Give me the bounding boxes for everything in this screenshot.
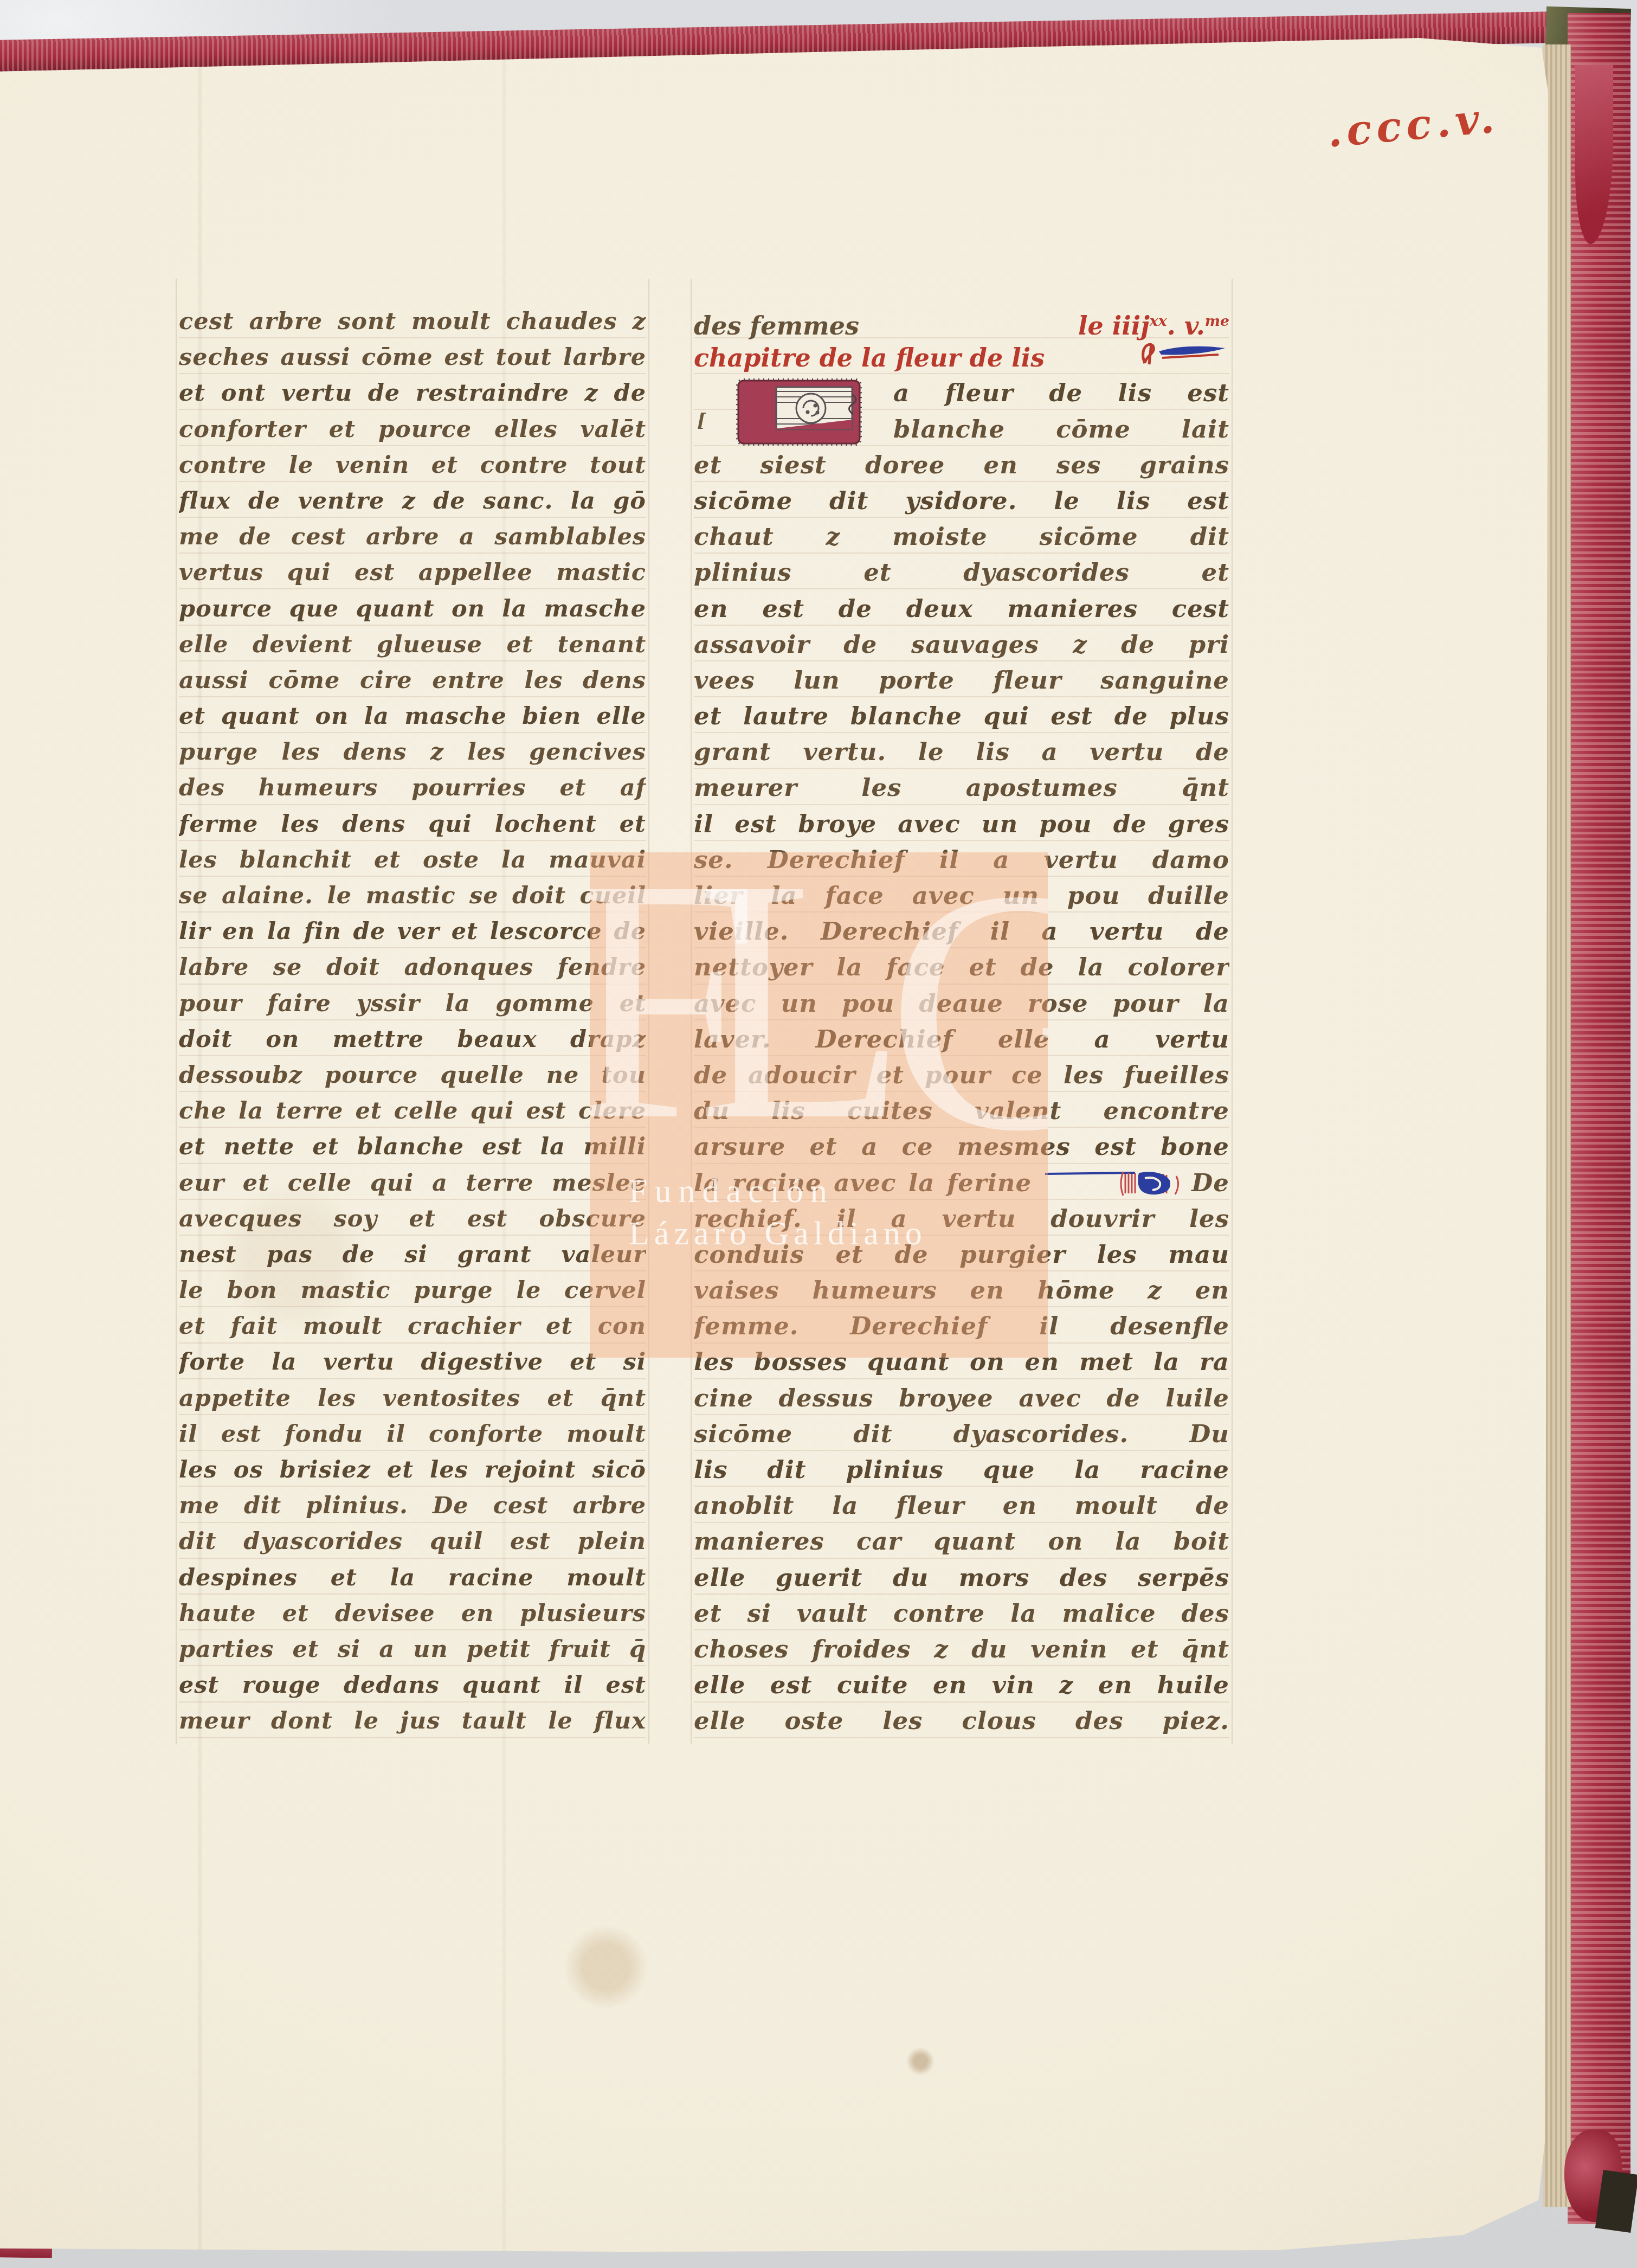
text-line: assavoir de sauvages z de pri (694, 627, 1229, 663)
text-line: aussi cōme cire entre les dens (179, 663, 646, 698)
text-line: contre le venin et contre tout (179, 447, 646, 483)
decorated-initial-L: L (736, 378, 862, 446)
text-line: le bon mastic purge le cervel (179, 1273, 646, 1308)
text-line: a fleur de lis est (893, 375, 1229, 411)
text-line: purge les dens z les gencives (179, 734, 646, 770)
text-line: il est broye avec un pou de gres (694, 806, 1229, 842)
text-line: et ont vertu de restraindre z de (179, 375, 646, 411)
text-line: me de cest arbre a samblables (179, 519, 646, 555)
text-line: chaut z moiste sicōme dit (694, 519, 1229, 555)
manuscript-photo: .ccc.v. cest arbre sont moult chaudes zs… (0, 0, 1637, 2268)
text-line: pour faire yssir la gomme et (179, 986, 646, 1021)
text-line: che la terre et celle qui est clere (179, 1093, 646, 1129)
text-line: me dit plinius. De cest arbre (179, 1488, 646, 1524)
text-line: et si vault contre la malice des (694, 1596, 1229, 1631)
text-line: meurer les apostumes q̄nt (694, 770, 1229, 806)
text-line: sicōme dit dyascorides. Du (694, 1416, 1229, 1452)
text-line: et nette et blanche est la milli (179, 1129, 646, 1165)
text-line: anoblit la fleur en moult de (694, 1488, 1229, 1524)
text-line: forte la vertu digestive et si (179, 1344, 646, 1380)
text-line: cest arbre sont moult chaudes z (179, 304, 646, 339)
watermark-text-line1: Fundación (629, 1172, 834, 1211)
text-line: en est de deux manieres cest (694, 591, 1229, 627)
folio-number: .ccc.v. (1325, 93, 1501, 156)
text-line: lir en la fin de ver et lescorce de (179, 914, 646, 949)
watermark-overlay: F L G (590, 852, 1048, 1358)
text-line: elle est cuite en vin z en huile (694, 1667, 1229, 1703)
text-line: elle guerit du mors des serpēs (694, 1560, 1229, 1596)
text-line: et lautre blanche qui est de plus (694, 698, 1229, 734)
line-filler-icon (1137, 339, 1229, 367)
text-line: grant vertu. le lis a vertu de (694, 734, 1229, 770)
board-corner-edge-bottom (1595, 2170, 1637, 2233)
text-line: doit on mettre beaux drapz (179, 1021, 646, 1057)
watermark-letter-g: G (887, 852, 1048, 1184)
text-line: est rouge dedans quant il est (179, 1667, 646, 1703)
initial-letter-value: L (736, 378, 737, 380)
text-line: se alaine. le mastic se doit cueil (179, 878, 646, 914)
text-line: cine dessus broyee avec de luile (694, 1380, 1229, 1416)
text-line: flux de ventre z de sanc. la gō (179, 483, 646, 519)
chapter-number-sup: xx (1150, 313, 1167, 330)
text-line: elle devient glueuse et tenant (179, 627, 646, 663)
text-line: sicōme dit ysidore. le lis est (694, 483, 1229, 519)
text-line: manieres car quant on la boit (694, 1524, 1229, 1559)
text-line: labre se doit adonques fendre (179, 949, 646, 985)
text-line: choses froides z du venin et q̄nt (694, 1631, 1229, 1667)
text-line: appetite les ventosites et q̄nt (179, 1380, 646, 1416)
text-line: et fait moult crachier et con (179, 1308, 646, 1344)
text-line: seches aussi cōme est tout larbre (179, 339, 646, 375)
text-line: et siest doree en ses grains (694, 447, 1229, 483)
guide-letter-mark: [ (697, 410, 706, 432)
text-line: lis dit plinius que la racine (694, 1452, 1229, 1488)
text-line: les os brisiez et les rejoint sicō (179, 1452, 646, 1488)
text-line: ferme les dens qui lochent et (179, 806, 646, 842)
text-line: elle oste les clous des piez. (694, 1703, 1229, 1739)
text-line: haute et devisee en plusieurs (179, 1596, 646, 1631)
rubric-line-2: chapitre de la fleur de lis (694, 339, 1229, 375)
text-line: avecques soy et est obscure (179, 1201, 646, 1237)
text-line: meur dont le jus tault le flux (179, 1703, 646, 1739)
chapter-number-mid: . v. (1167, 311, 1205, 340)
text-line: et quant on la masche bien elle (179, 698, 646, 734)
text-line: plinius et dyascorides et (694, 555, 1229, 590)
text-line: conforter et pource elles valēt (179, 412, 646, 447)
blue-paraph-icon (1044, 1167, 1180, 1198)
text-line: des humeurs pourries et af (179, 770, 646, 806)
text-line: dessoubz pource quelle ne tou (179, 1057, 646, 1093)
rubric-line-1: des femmes le iiijxx. v.me (694, 304, 1229, 339)
text-line: eur et celle qui a terre meslee (179, 1165, 646, 1201)
text-line: dit dyascorides quil est plein (179, 1524, 646, 1559)
chapter-number: le iiijxx. v.me (1078, 304, 1229, 344)
text-line: il est fondu il conforte moult (179, 1416, 646, 1452)
chapter-number-ordinal: me (1205, 313, 1229, 330)
watermark-text-line2: Lázaro Galdiano (629, 1215, 927, 1253)
text-line: vees lun porte fleur sanguine (694, 663, 1229, 698)
watermark-letter-l: L (696, 852, 908, 1173)
chapter-title: chapitre de la fleur de lis (694, 340, 1045, 376)
book-cover-right-edge (1568, 13, 1630, 2224)
text-line: pource que quant on la masche (179, 591, 646, 627)
text-line: nest pas de si grant valeur (179, 1237, 646, 1273)
text-line: vertus qui est appellee mastic (179, 555, 646, 590)
text-line: les blanchit et oste la mauvai (179, 842, 646, 878)
text-line: blanche cōme lait (893, 412, 1229, 447)
chapter-number-base: le iiij (1078, 311, 1150, 340)
left-text-column: cest arbre sont moult chaudes zseches au… (179, 304, 646, 1739)
text-line: parties et si a un petit fruit q̄ (179, 1631, 646, 1667)
text-line: despines et la racine moult (179, 1560, 646, 1596)
previous-chapter-catchword: des femmes (694, 308, 859, 344)
